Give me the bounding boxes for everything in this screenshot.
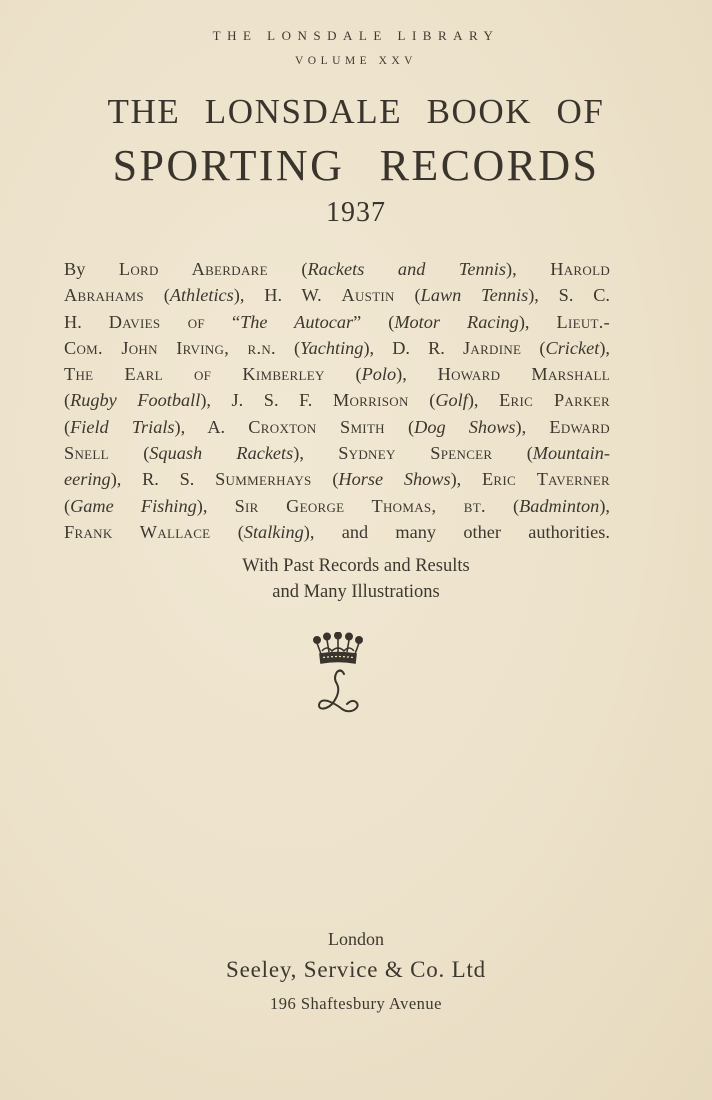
- contributor-text: By: [64, 259, 119, 279]
- contributor-name: Eric Parker: [499, 390, 610, 410]
- contributor-name: Edward: [549, 417, 610, 437]
- contributor-sport: Badminton: [519, 496, 599, 516]
- contributor-text: (: [395, 285, 421, 305]
- contributor-name: Abrahams: [64, 285, 144, 305]
- contributor-line: Com. John Irving, r.n. (Yachting), D. R.…: [64, 335, 610, 361]
- contributor-name: Snell: [64, 443, 109, 463]
- contributor-text: ),: [396, 364, 437, 384]
- contributor-line: Snell (Squash Rackets), Sydney Spencer (…: [64, 440, 610, 466]
- contributor-name: Summerhays: [215, 469, 312, 489]
- contributor-text: (: [144, 285, 170, 305]
- contributor-name: Jardine: [463, 338, 521, 358]
- contributor-text: ),: [599, 496, 610, 516]
- contributor-line: H. Davies of “The Autocar” (Motor Racing…: [64, 309, 610, 335]
- contributor-name: Lord Aberdare: [119, 259, 268, 279]
- contributor-text: (: [312, 469, 339, 489]
- contributor-line: Abrahams (Athletics), H. W. Austin (Lawn…: [64, 282, 610, 308]
- contributor-text: H.: [64, 312, 109, 332]
- contributor-name: Eric Taverner: [482, 469, 610, 489]
- contributor-text: (: [486, 496, 519, 516]
- series-name: THE LONSDALE LIBRARY: [0, 28, 712, 44]
- book-title-line-1: THE LONSDALE BOOK OF: [0, 92, 712, 132]
- contributor-name: Davies of: [109, 312, 205, 332]
- contributor-text: ),: [293, 443, 338, 463]
- contributor-name: Howard Marshall: [438, 364, 610, 384]
- contributor-line: (Game Fishing), Sir George Thomas, bt. (…: [64, 493, 610, 519]
- contributor-text: (: [276, 338, 300, 358]
- contributor-line: Frank Wallace (Stalking), and many other…: [64, 519, 610, 545]
- subtitle-line-1: With Past Records and Results: [0, 553, 712, 579]
- contributor-text: ), S. C.: [528, 285, 610, 305]
- contributors-paragraph: By Lord Aberdare (Rackets and Tennis), H…: [64, 256, 610, 545]
- contributor-sport: Cricket: [546, 338, 600, 358]
- contributor-sport: Field Trials: [70, 417, 174, 437]
- title-page: THE LONSDALE LIBRARY VOLUME XXV THE LONS…: [0, 0, 712, 1100]
- contributor-text: (: [325, 364, 362, 384]
- contributor-name: Sir George Thomas, bt.: [235, 496, 486, 516]
- imprint-city: London: [0, 929, 712, 950]
- publication-year: 1937: [0, 197, 712, 229]
- contributor-name: Lieut.-: [556, 312, 610, 332]
- contributor-sport: Squash Rackets: [149, 443, 293, 463]
- contributor-sport: Stalking: [244, 522, 304, 542]
- contributor-name: Harold: [550, 259, 610, 279]
- contributor-sport: Yachting: [300, 338, 363, 358]
- contributor-sport: Athletics: [170, 285, 234, 305]
- contributor-text: ),: [197, 496, 235, 516]
- contributor-sport: eering: [64, 469, 111, 489]
- imprint-address: 196 Shaftesbury Avenue: [0, 994, 712, 1014]
- contributor-sport: Dog Shows: [414, 417, 515, 437]
- contributor-line: (Rugby Football), J. S. F. Morrison (Gol…: [64, 387, 610, 413]
- contributor-sport: Rackets and Tennis: [308, 259, 506, 279]
- contributor-sport: Horse Shows: [338, 469, 450, 489]
- contributor-text: ), J. S. F.: [200, 390, 333, 410]
- contributor-sport: Mountain-: [533, 443, 610, 463]
- contributor-text: ),: [468, 390, 499, 410]
- contributor-line: (Field Trials), A. Croxton Smith (Dog Sh…: [64, 414, 610, 440]
- contributor-name: Frank Wallace: [64, 522, 210, 542]
- imprint-publisher: Seeley, Service & Co. Ltd: [0, 957, 712, 983]
- contributor-name: Austin: [341, 285, 394, 305]
- contributor-text: ), and many other authorities.: [304, 522, 610, 542]
- contributor-name: Croxton Smith: [248, 417, 385, 437]
- book-title-line-2: SPORTING RECORDS: [0, 140, 712, 191]
- contributor-text: ), D. R.: [363, 338, 463, 358]
- subtitle-block: With Past Records and Results and Many I…: [0, 553, 712, 605]
- coronet-monogram-icon: [310, 632, 366, 714]
- contributor-sport: Lawn Tennis: [421, 285, 529, 305]
- contributor-sport: Game Fishing: [70, 496, 197, 516]
- contributor-text: (: [210, 522, 243, 542]
- contributor-text: ),: [516, 417, 550, 437]
- contributor-sport: Polo: [362, 364, 397, 384]
- contributor-sport: The Autocar: [240, 312, 353, 332]
- contributor-text: ), R. S.: [111, 469, 215, 489]
- contributor-text: (: [109, 443, 149, 463]
- contributor-text: ” (: [353, 312, 394, 332]
- contributor-line: The Earl of Kimberley (Polo), Howard Mar…: [64, 361, 610, 387]
- contributor-name: The Earl of Kimberley: [64, 364, 325, 384]
- contributor-text: ), H. W.: [234, 285, 342, 305]
- contributor-text: “: [205, 312, 240, 332]
- volume-number: VOLUME XXV: [0, 55, 712, 67]
- contributor-text: (: [268, 259, 308, 279]
- contributor-text: (: [409, 390, 436, 410]
- contributor-text: (: [521, 338, 545, 358]
- contributor-line: eering), R. S. Summerhays (Horse Shows),…: [64, 466, 610, 492]
- contributor-name: Com. John Irving, r.n.: [64, 338, 276, 358]
- contributor-text: (: [385, 417, 414, 437]
- contributor-sport: Golf: [435, 390, 468, 410]
- contributor-sport: Rugby Football: [70, 390, 200, 410]
- contributor-text: ),: [506, 259, 550, 279]
- contributor-text: ),: [519, 312, 557, 332]
- contributor-text: ),: [599, 338, 610, 358]
- contributor-text: ), A.: [175, 417, 249, 437]
- contributor-text: (: [492, 443, 532, 463]
- contributor-name: Morrison: [333, 390, 409, 410]
- contributor-sport: Motor Racing: [394, 312, 519, 332]
- subtitle-line-2: and Many Illustrations: [0, 579, 712, 605]
- contributor-name: Sydney Spencer: [338, 443, 492, 463]
- contributor-line: By Lord Aberdare (Rackets and Tennis), H…: [64, 256, 610, 282]
- contributor-text: ),: [451, 469, 482, 489]
